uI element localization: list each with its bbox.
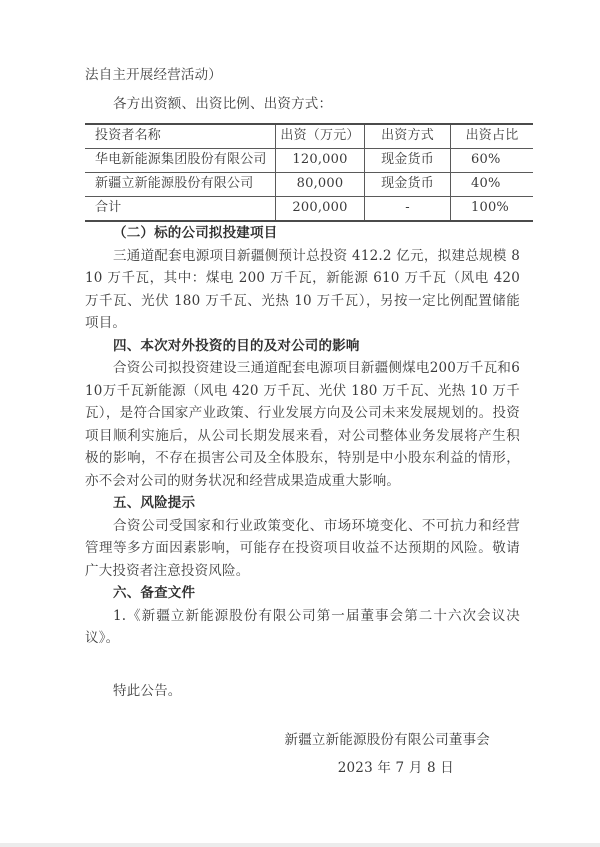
section-paragraph-risk: 合资公司受国家和行业政策变化、市场环境变化、不可抗力和经营管理等多方面因素影响，…: [85, 515, 520, 583]
table-row: 新疆立新能源股份有限公司 80,000 现金货币 40%: [85, 173, 533, 197]
section-paragraph-target-projects: 三通道配套电源项目新疆侧预计总投资 412.2 亿元，拟建总规模 810 万千瓦…: [85, 245, 520, 335]
table-header-ratio: 出资占比: [451, 124, 534, 149]
cell-ratio: 60%: [451, 149, 534, 173]
table-header-method: 出资方式: [365, 124, 451, 149]
document-page: 法自主开展经营活动） 各方出资额、出资比例、出资方式： 投资者名称 出资（万元）…: [0, 0, 600, 847]
signature-company: 新疆立新能源股份有限公司董事会: [85, 729, 520, 752]
cell-amount: 80,000: [276, 173, 365, 197]
cell-method: 现金货币: [365, 149, 451, 173]
reference-doc-item: 1.《新疆立新能源股份有限公司第一届董事会第二十六次会议决议》。: [85, 605, 520, 650]
table-header-amount: 出资（万元）: [276, 124, 365, 149]
cell-investor: 新疆立新能源股份有限公司: [85, 173, 276, 197]
closing-statement: 特此公告。: [85, 680, 520, 703]
section-heading-purpose-impact: 四、本次对外投资的目的及对公司的影响: [85, 335, 520, 358]
cell-total-ratio: 100%: [451, 197, 534, 222]
intro-text: 法自主开展经营活动）: [85, 64, 520, 87]
cell-method: 现金货币: [365, 173, 451, 197]
cell-amount: 120,000: [276, 149, 365, 173]
cell-investor: 华电新能源集团股份有限公司: [85, 149, 276, 173]
table-row-total: 合计 200,000 - 100%: [85, 197, 533, 222]
section-paragraph-purpose-impact: 合资公司拟投资建设三通道配套电源项目新疆侧煤电200万千瓦和610万千瓦新能源（…: [85, 357, 520, 492]
section-heading-risk: 五、风险提示: [85, 492, 520, 515]
section-heading-target-projects: （二）标的公司拟投建项目: [85, 222, 520, 245]
cell-total-label: 合计: [85, 197, 276, 222]
table-header-row: 投资者名称 出资（万元） 出资方式 出资占比: [85, 124, 533, 149]
cell-total-amount: 200,000: [276, 197, 365, 222]
cell-ratio: 40%: [451, 173, 534, 197]
document-content: 法自主开展经营活动） 各方出资额、出资比例、出资方式： 投资者名称 出资（万元）…: [85, 64, 520, 779]
investment-table: 投资者名称 出资（万元） 出资方式 出资占比 华电新能源集团股份有限公司 120…: [85, 123, 533, 222]
table-header-investor: 投资者名称: [85, 124, 276, 149]
table-row: 华电新能源集团股份有限公司 120,000 现金货币 60%: [85, 149, 533, 173]
signature-date: 2023 年 7 月 8 日: [85, 757, 520, 780]
table-caption: 各方出资额、出资比例、出资方式：: [85, 93, 520, 116]
cell-total-method: -: [365, 197, 451, 222]
section-heading-reference-docs: 六、备查文件: [85, 582, 520, 605]
